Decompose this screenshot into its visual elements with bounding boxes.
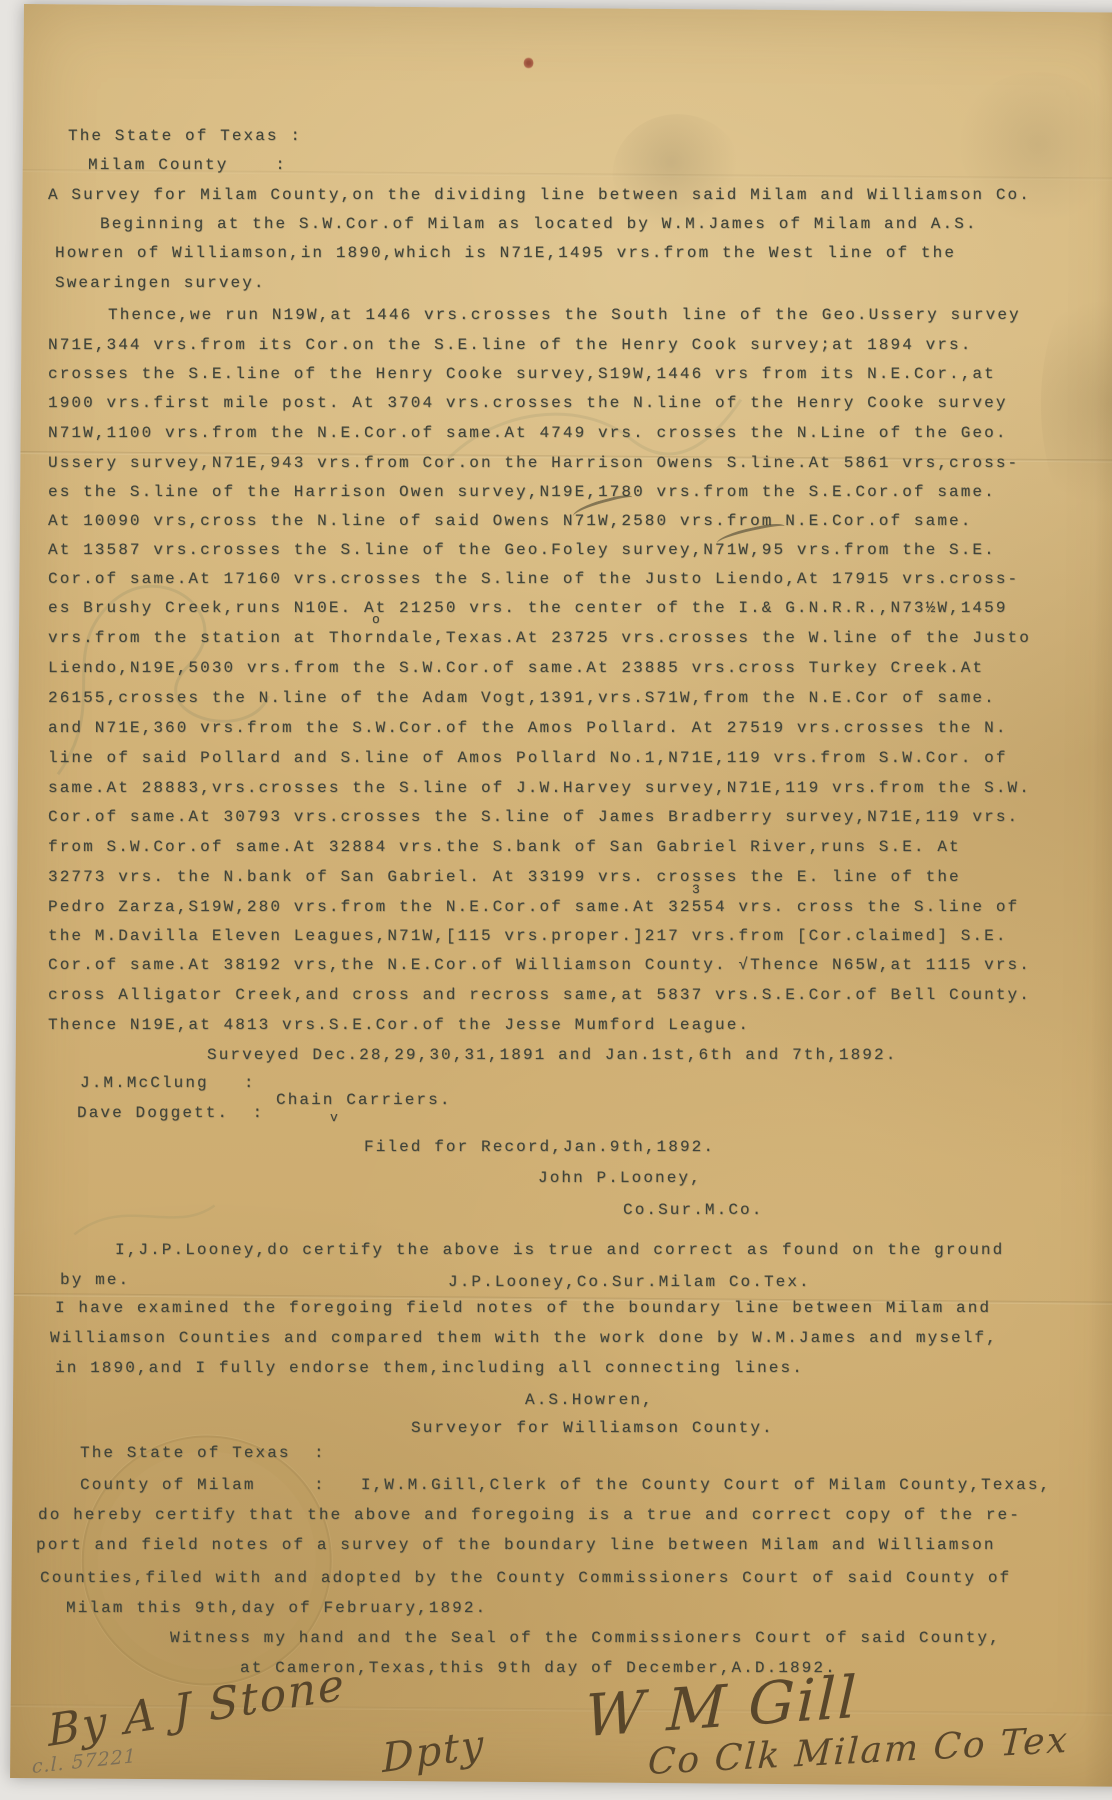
check-mark-v: v — [330, 1110, 338, 1125]
typed-line: Pedro Zarza,S19W,280 vrs.from the N.E.Co… — [48, 897, 1019, 917]
typed-line: Thence N19E,at 4813 vrs.S.E.Cor.of the J… — [48, 1015, 750, 1035]
typed-line: 32773 vrs. the N.bank of San Gabriel. At… — [48, 867, 961, 887]
typed-line: Surveyed Dec.28,29,30,31,1891 and Jan.1s… — [207, 1045, 897, 1065]
typed-line: line of said Pollard and S.line of Amos … — [48, 748, 1008, 768]
typed-line: J.M.McClung : — [80, 1073, 256, 1093]
typed-line: Milam this 9th,day of February,1892. — [66, 1598, 487, 1618]
typed-line: A.S.Howren, — [525, 1390, 654, 1410]
typed-line: do hereby certify that the above and for… — [38, 1505, 1021, 1525]
typed-line: by me. — [60, 1270, 130, 1290]
typed-line: 26155,crosses the N.line of the Adam Vog… — [48, 688, 996, 708]
archive-number: c.l. 57221 — [32, 1745, 137, 1778]
stone-signature: By A J Stone — [47, 1659, 347, 1757]
typed-line: es Brushy Creek,runs N10E. At 21250 vrs.… — [48, 598, 1008, 618]
typed-line: the M.Davilla Eleven Leagues,N71W,[115 v… — [48, 926, 1008, 946]
typed-line: I have examined the foregoing field note… — [55, 1298, 991, 1318]
deputy-note: Dpty — [381, 1721, 486, 1782]
typed-line: Surveyor for Williamson County. — [411, 1418, 774, 1438]
typed-line: J.P.Looney,Co.Sur.Milam Co.Tex. — [448, 1272, 811, 1292]
typed-line: N71W,1100 vrs.from the N.E.Cor.of same.A… — [48, 423, 1008, 443]
typed-line: Beginning at the S.W.Cor.of Milam as loc… — [100, 214, 978, 234]
typed-line: A Survey for Milam County,on the dividin… — [48, 185, 1031, 205]
typed-line: Filed for Record,Jan.9th,1892. — [364, 1137, 715, 1157]
typed-line: At 13587 vrs.crosses the S.line of the G… — [48, 540, 996, 560]
typed-line: same.At 28883,vrs.crosses the S.line of … — [48, 778, 1031, 798]
typed-line: Swearingen survey. — [55, 273, 266, 293]
typed-line: from S.W.Cor.of same.At 32884 vrs.the S.… — [48, 837, 961, 857]
typed-line: cross Alligator Creek,and cross and recr… — [48, 985, 1031, 1005]
typed-line: Liendo,N19E,5030 vrs.from the S.W.Cor.of… — [48, 658, 984, 678]
typed-line: vrs.from the station at Thorndale,Texas.… — [48, 628, 1031, 648]
typed-line: in 1890,and I fully endorse them,includi… — [55, 1358, 804, 1378]
typed-line: N71E,344 vrs.from its Cor.on the S.E.lin… — [48, 335, 972, 355]
typed-line: I,J.P.Looney,do certify the above is tru… — [115, 1240, 1004, 1260]
typed-line: Thence,we run N19W,at 1446 vrs.crosses t… — [108, 305, 1021, 325]
typed-line: es the S.line of the Harrison Owen surve… — [48, 482, 996, 502]
typed-line: Williamson Counties and compared them wi… — [50, 1328, 998, 1348]
typed-line: Counties,filed with and adopted by the C… — [40, 1568, 1011, 1588]
inserted-digit-3: 3 — [692, 882, 700, 897]
typed-line: Chain Carriers. — [276, 1090, 452, 1110]
typed-line: The State of Texas : — [80, 1443, 326, 1463]
typed-line: Ussery survey,N71E,943 vrs.from Cor.on t… — [48, 453, 1019, 473]
photo-canvas: The State of Texas :Milam County :A Surv… — [0, 0, 1112, 1800]
typed-line: Co.Sur.M.Co. — [623, 1200, 763, 1220]
typed-line: and N71E,360 vrs.from the S.W.Cor.of the… — [48, 718, 1008, 738]
typed-line: Cor.of same.At 38192 vrs,the N.E.Cor.of … — [48, 955, 1031, 975]
typed-line: Witness my hand and the Seal of the Comm… — [170, 1628, 1001, 1648]
typed-line: Cor.of same.At 30793 vrs.crosses the S.l… — [48, 807, 1019, 827]
typed-line: Dave Doggett. : — [77, 1103, 264, 1123]
typed-line: At 10090 vrs,cross the N.line of said Ow… — [48, 511, 972, 531]
typed-line: 1900 vrs.first mile post. At 3704 vrs.cr… — [48, 393, 1008, 413]
typed-line: port and field notes of a survey of the … — [36, 1535, 996, 1555]
typed-line: crosses the S.E.line of the Henry Cooke … — [48, 364, 996, 384]
inserted-letter-o: o — [372, 612, 380, 627]
typed-line: The State of Texas : — [68, 126, 302, 146]
typed-line: Cor.of same.At 17160 vrs.crosses the S.l… — [48, 569, 1019, 589]
typed-line: County of Milam : I,W.M.Gill,Clerk of th… — [80, 1475, 1051, 1495]
typed-line: Howren of Williamson,in 1890,which is N7… — [55, 243, 956, 263]
typed-line: Milam County : — [88, 155, 287, 175]
typed-line: John P.Looney, — [538, 1168, 702, 1188]
typewritten-text-layer: The State of Texas :Milam County :A Surv… — [0, 0, 1112, 1800]
